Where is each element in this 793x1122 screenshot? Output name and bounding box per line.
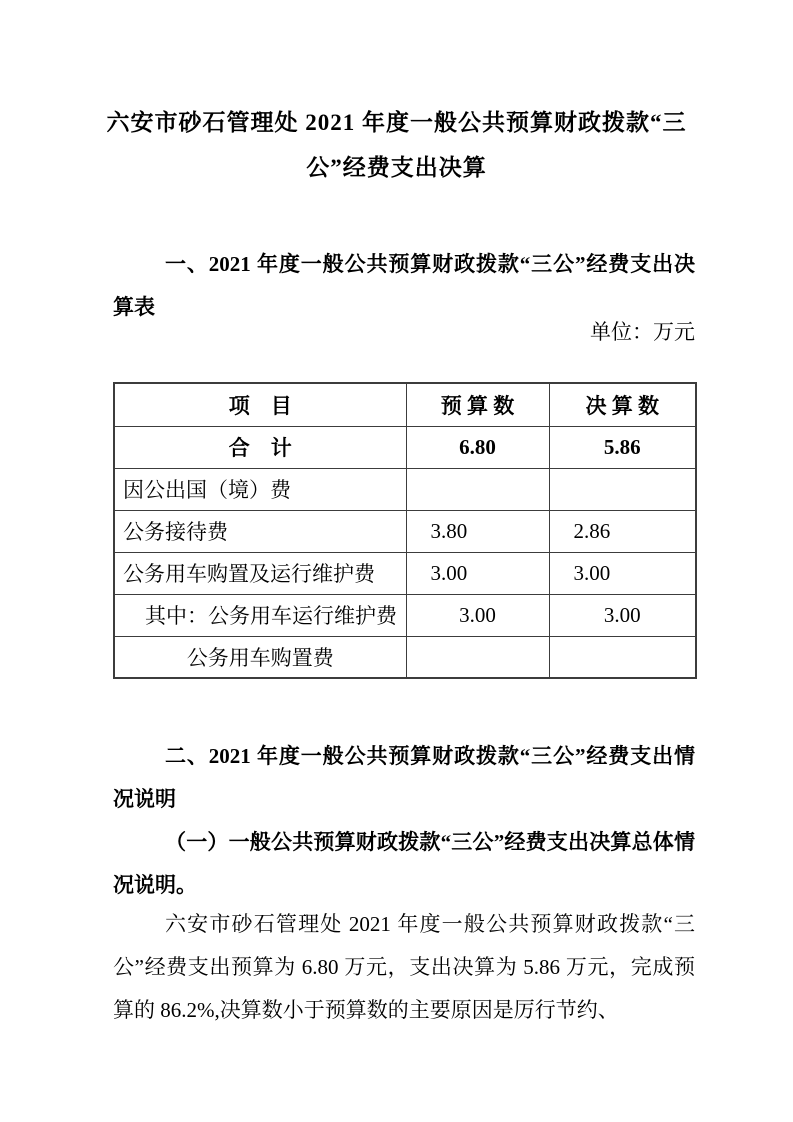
col-header-final: 决 算 数 bbox=[549, 383, 696, 426]
row-vehicle-purchase-final bbox=[549, 636, 696, 678]
row-vehicle-operation-final: 3.00 bbox=[549, 594, 696, 636]
table-row-vehicle-operation: 其中：公务用车运行维护费 3.00 3.00 bbox=[114, 594, 696, 636]
table-header-row: 项 目 预 算 数 决 算 数 bbox=[114, 383, 696, 426]
expense-table: 项 目 预 算 数 决 算 数 合 计 6.80 5.86 因公出国（境）费 公… bbox=[113, 382, 697, 679]
body-paragraph: 六安市砂石管理处 2021 年度一般公共预算财政拨款“三公”经费支出预算为 6.… bbox=[113, 903, 695, 1032]
unit-label: 单位：万元 bbox=[113, 316, 695, 348]
section2-heading: 二、2021 年度一般公共预算财政拨款“三公”经费支出情况说明 bbox=[113, 735, 695, 821]
row-vehicle-operation-item: 其中：公务用车运行维护费 bbox=[114, 594, 406, 636]
row-vehicle-operation-budget: 3.00 bbox=[406, 594, 549, 636]
col-header-budget: 预 算 数 bbox=[406, 383, 549, 426]
row-abroad-final bbox=[549, 468, 696, 510]
row-vehicle-total-budget: 3.00 bbox=[406, 552, 549, 594]
row-abroad-budget bbox=[406, 468, 549, 510]
row-reception-item: 公务接待费 bbox=[114, 510, 406, 552]
row-total-final: 5.86 bbox=[549, 426, 696, 468]
subsection1-heading: （一）一般公共预算财政拨款“三公”经费支出决算总体情况说明。 bbox=[113, 821, 695, 907]
row-reception-budget: 3.80 bbox=[406, 510, 549, 552]
document-page: 六安市砂石管理处 2021 年度一般公共预算财政拨款“三公”经费支出决算 一、2… bbox=[0, 0, 793, 1122]
row-vehicle-total-final: 3.00 bbox=[549, 552, 696, 594]
table-row-total: 合 计 6.80 5.86 bbox=[114, 426, 696, 468]
row-vehicle-purchase-budget bbox=[406, 636, 549, 678]
row-vehicle-total-item: 公务用车购置及运行维护费 bbox=[114, 552, 406, 594]
row-abroad-item: 因公出国（境）费 bbox=[114, 468, 406, 510]
table-row-reception: 公务接待费 3.80 2.86 bbox=[114, 510, 696, 552]
table-row-abroad: 因公出国（境）费 bbox=[114, 468, 696, 510]
table-row-vehicle-purchase: 公务用车购置费 bbox=[114, 636, 696, 678]
row-total-item: 合 计 bbox=[114, 426, 406, 468]
row-total-budget: 6.80 bbox=[406, 426, 549, 468]
table-row-vehicle-total: 公务用车购置及运行维护费 3.00 3.00 bbox=[114, 552, 696, 594]
row-vehicle-purchase-item: 公务用车购置费 bbox=[114, 636, 406, 678]
row-reception-final: 2.86 bbox=[549, 510, 696, 552]
col-header-item: 项 目 bbox=[114, 383, 406, 426]
document-title: 六安市砂石管理处 2021 年度一般公共预算财政拨款“三公”经费支出决算 bbox=[0, 100, 793, 190]
